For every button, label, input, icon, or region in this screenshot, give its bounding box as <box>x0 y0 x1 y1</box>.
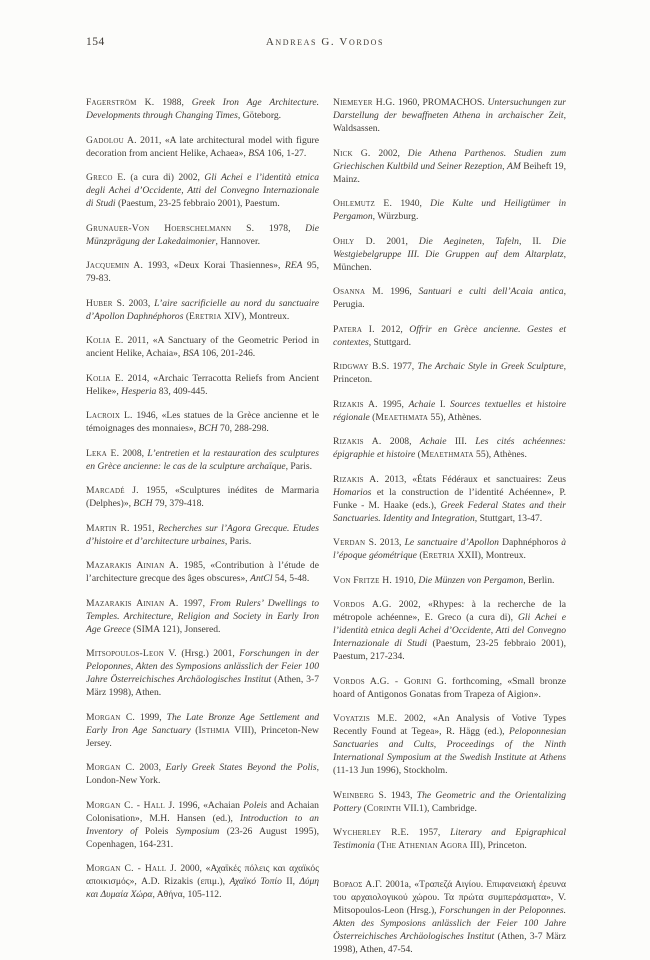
bib-entry: Verdan S. 2013, Le sanctuaire d’Apollon … <box>333 536 566 562</box>
bib-entry: Morgan C. - Hall J. 2000, «Αχαϊκές πόλει… <box>86 862 319 901</box>
bib-entry: Lacroix L. 1946, «Les statues de la Grèc… <box>86 409 319 435</box>
bib-entry: Rizakis A. 1995, Achaie I. Sources textu… <box>333 398 566 424</box>
running-header: Andreas G. Vordos <box>0 36 650 48</box>
bib-entry: Fagerström K. 1988, Greek Iron Age Archi… <box>86 96 319 122</box>
bib-entry: Morgan C. - Hall J. 1996, «Achaian Polei… <box>86 799 319 851</box>
book-page: 154 Andreas G. Vordos Fagerström K. 1988… <box>0 0 650 960</box>
bib-entry: Mitsopoulos-Leon V. (Hrsg.) 2001, Forsch… <box>86 647 319 699</box>
bib-entry: Osanna M. 1996, Santuari e culti dell’Ac… <box>333 285 566 311</box>
bib-entry: Vordos A.G. - Gorini G. forthcoming, «Sm… <box>333 675 566 701</box>
bib-entry: Ohly D. 2001, Die Aegineten, Tafeln, II.… <box>333 235 566 274</box>
bib-entry: Ridgway B.S. 1977, The Archaic Style in … <box>333 360 566 386</box>
bib-entry: Von Fritze H. 1910, Die Münzen von Perga… <box>333 574 566 587</box>
bib-entry: Vordos A.G. 2002, «Rhypes: à la recherch… <box>333 598 566 663</box>
bib-entry: Gadolou A. 2011, «A late architectural m… <box>86 134 319 160</box>
bib-entry: Patera I. 2012, Offrir en Grèce ancienne… <box>333 323 566 349</box>
bib-entry: Rizakis A. 2008, Achaie III. Les cités a… <box>333 435 566 461</box>
bib-entry: Kolia E. 2011, «A Sanctuary of the Geome… <box>86 334 319 360</box>
bibliography: Fagerström K. 1988, Greek Iron Age Archi… <box>86 96 566 960</box>
bib-entry: Niemeyer H.G. 1960, PROMACHOS. Untersuch… <box>333 96 566 135</box>
bib-entry: Marcadé J. 1955, «Sculptures inédites de… <box>86 484 319 510</box>
bib-entry: Mazarakis Ainian A. 1985, «Contribution … <box>86 559 319 585</box>
bib-entry: Grunauer-Von Hoerschelmann S. 1978, Die … <box>86 222 319 248</box>
bib-entry: Weinberg S. 1943, The Geometric and the … <box>333 789 566 815</box>
bib-entry: Voyatzis M.E. 2002, «An Analysis of Voti… <box>333 712 566 777</box>
bib-entry: Huber S. 2003, L’aire sacrificielle au n… <box>86 297 319 323</box>
bib-entry: Nick G. 2002, Die Athena Parthenos. Stud… <box>333 147 566 186</box>
bib-entry: Kolia E. 2014, «Archaic Terracotta Relie… <box>86 372 319 398</box>
bibliography-right-column: Niemeyer H.G. 1960, PROMACHOS. Untersuch… <box>333 96 566 960</box>
bib-entry: Leka E. 2008, L’entretien et la restaura… <box>86 447 319 473</box>
bib-entry: Mazarakis Ainian A. 1997, From Rulers’ D… <box>86 597 319 636</box>
bib-entry: Jacquemin A. 1993, «Deux Korai Thasienne… <box>86 259 319 285</box>
bib-entry: Ohlemutz E. 1940, Die Kulte und Heiligtü… <box>333 197 566 223</box>
bib-entry: Βορδος Α.Γ. 2001a, «Τραπεζά Αιγίου. Επιφ… <box>333 878 566 956</box>
bib-entry: Martin R. 1951, Recherches sur l’Agora G… <box>86 522 319 548</box>
bib-entry: Morgan C. 2003, Early Greek States Beyon… <box>86 761 319 787</box>
bib-entry: Wycherley R.E. 1957, Literary and Epigra… <box>333 826 566 852</box>
bib-entry: Morgan C. 1999, The Late Bronze Age Sett… <box>86 711 319 750</box>
bib-entry: Rizakis A. 2013, «États Fédéraux et sanc… <box>333 473 566 525</box>
bibliography-left-column: Fagerström K. 1988, Greek Iron Age Archi… <box>86 96 319 913</box>
bib-entry: Greco E. (a cura di) 2002, Gli Achei e l… <box>86 171 319 210</box>
